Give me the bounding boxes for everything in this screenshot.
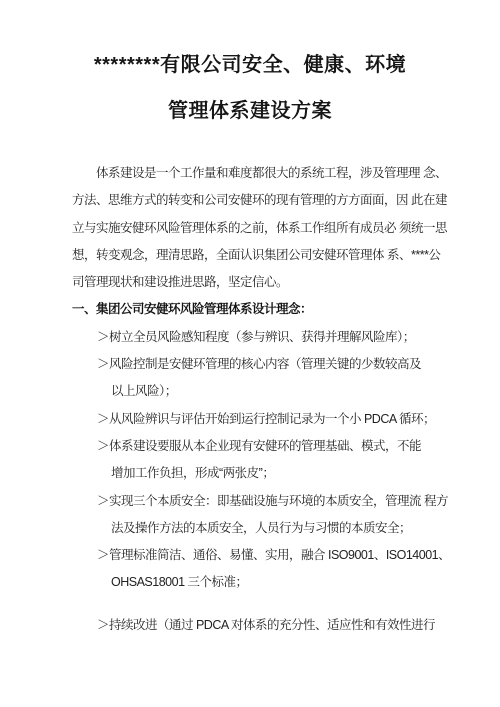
bullet-line: ＞实现三个本质安全：即基础设施与环境的本质安全，管理流 程方: [72, 488, 432, 515]
bullet-line: ＞持续改进（通过 PDCA 对体系的充分性、适应性和有效性进行: [72, 612, 432, 639]
paragraph-line: 司管理现状和建设推进思路，坚定信心。: [72, 269, 432, 296]
bullet-line-continuation: 以上风险）；: [72, 378, 432, 405]
bullet-line: ＞管理标准简洁、通俗、易懂、实用，融合 ISO9001、ISO14001、: [72, 542, 432, 569]
bullet-line: ＞体系建设要服从本企业现有安健环的管理基础、模式，不能: [72, 433, 432, 460]
paragraph-line: 立与实施安健环风险管理体系的之前，体系工作组所有成员必 须统一思: [72, 215, 432, 242]
document-page: ********有限公司安全、健康、环境 管理体系建设方案 体系建设是一个工作量…: [0, 0, 500, 707]
bullet-line-continuation: 法及操作方法的本质安全，人员行为与习惯的本质安全；: [72, 515, 432, 542]
section-heading: 一、集团公司安健环风险管理体系设计理念：: [72, 296, 432, 323]
document-title: ********有限公司安全、健康、环境 管理体系建设方案: [0, 42, 500, 134]
paragraph-line: 方法、思维方式的转变和公司安健环的现有管理的方方面面，因 此在建: [72, 187, 432, 214]
bullet-line: ＞从风险辨识与评估开始到运行控制记录为一个小 PDCA 循环；: [72, 406, 432, 433]
document-body: 体系建设是一个工作量和难度都很大的系统工程，涉及管理理 念、 方法、思维方式的转…: [72, 160, 432, 639]
paragraph-line: 想，转变观念，理清思路，全面认识集团公司安健环管理体 系、****公: [72, 242, 432, 269]
bullet-line: ＞树立全员风险感知程度（参与辨识、获得并理解风险库）；: [72, 324, 432, 351]
bullet-line-continuation: 增加工作负担，形成“两张皮”；: [72, 460, 432, 487]
bullet-line: ＞风险控制是安健环管理的核心内容（管理关键的少数较高及: [72, 351, 432, 378]
paragraph-line: 体系建设是一个工作量和难度都很大的系统工程，涉及管理理 念、: [72, 160, 432, 187]
document-title-line-1: ********有限公司安全、健康、环境: [0, 42, 500, 88]
bullet-line-continuation: OHSAS18001 三个标准；: [72, 569, 432, 596]
document-title-line-2: 管理体系建设方案: [0, 88, 500, 134]
